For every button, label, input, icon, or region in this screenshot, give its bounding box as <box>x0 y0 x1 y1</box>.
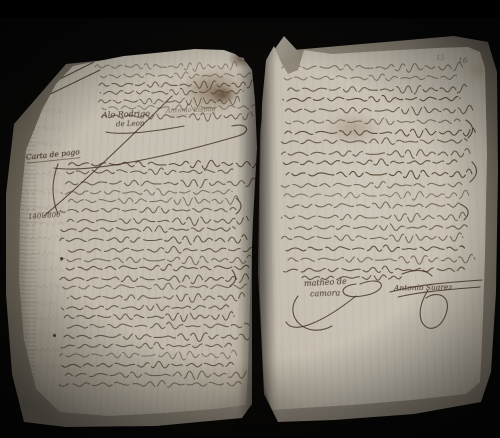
pen-flourish <box>236 198 241 214</box>
center-signature-line1: Alo Rodrigo <box>102 109 150 120</box>
left-page: Carta de pago 140U800 Alo Rodrigo de Leo… <box>14 40 260 420</box>
signature-rubric <box>286 296 356 327</box>
manuscript-photo: Carta de pago 140U800 Alo Rodrigo de Leo… <box>0 18 500 438</box>
signature-matheo-line2: camora <box>310 288 341 298</box>
top-right-inscription: Antonio Lisboa <box>166 105 216 116</box>
signature-rubric <box>343 281 381 297</box>
folio-number: 16 <box>458 56 468 65</box>
pen-flourish <box>460 204 468 220</box>
signature-rubric <box>293 296 332 330</box>
handwriting-main-block <box>281 62 475 272</box>
handwriting-left-page <box>14 40 260 420</box>
margin-ink-dot <box>53 334 56 337</box>
right-page: 15 16 matheo de camora Antonio Suarez <box>252 34 492 430</box>
handwriting-right-page <box>252 34 492 430</box>
center-signature-line2: de Leon <box>116 120 145 129</box>
signature-rubric <box>420 290 447 328</box>
handwriting-main-block <box>59 159 262 387</box>
folio-number-old: 15 <box>436 54 445 62</box>
signature-antonio: Antonio Suarez <box>394 282 452 292</box>
margin-ink-dot <box>60 257 63 260</box>
